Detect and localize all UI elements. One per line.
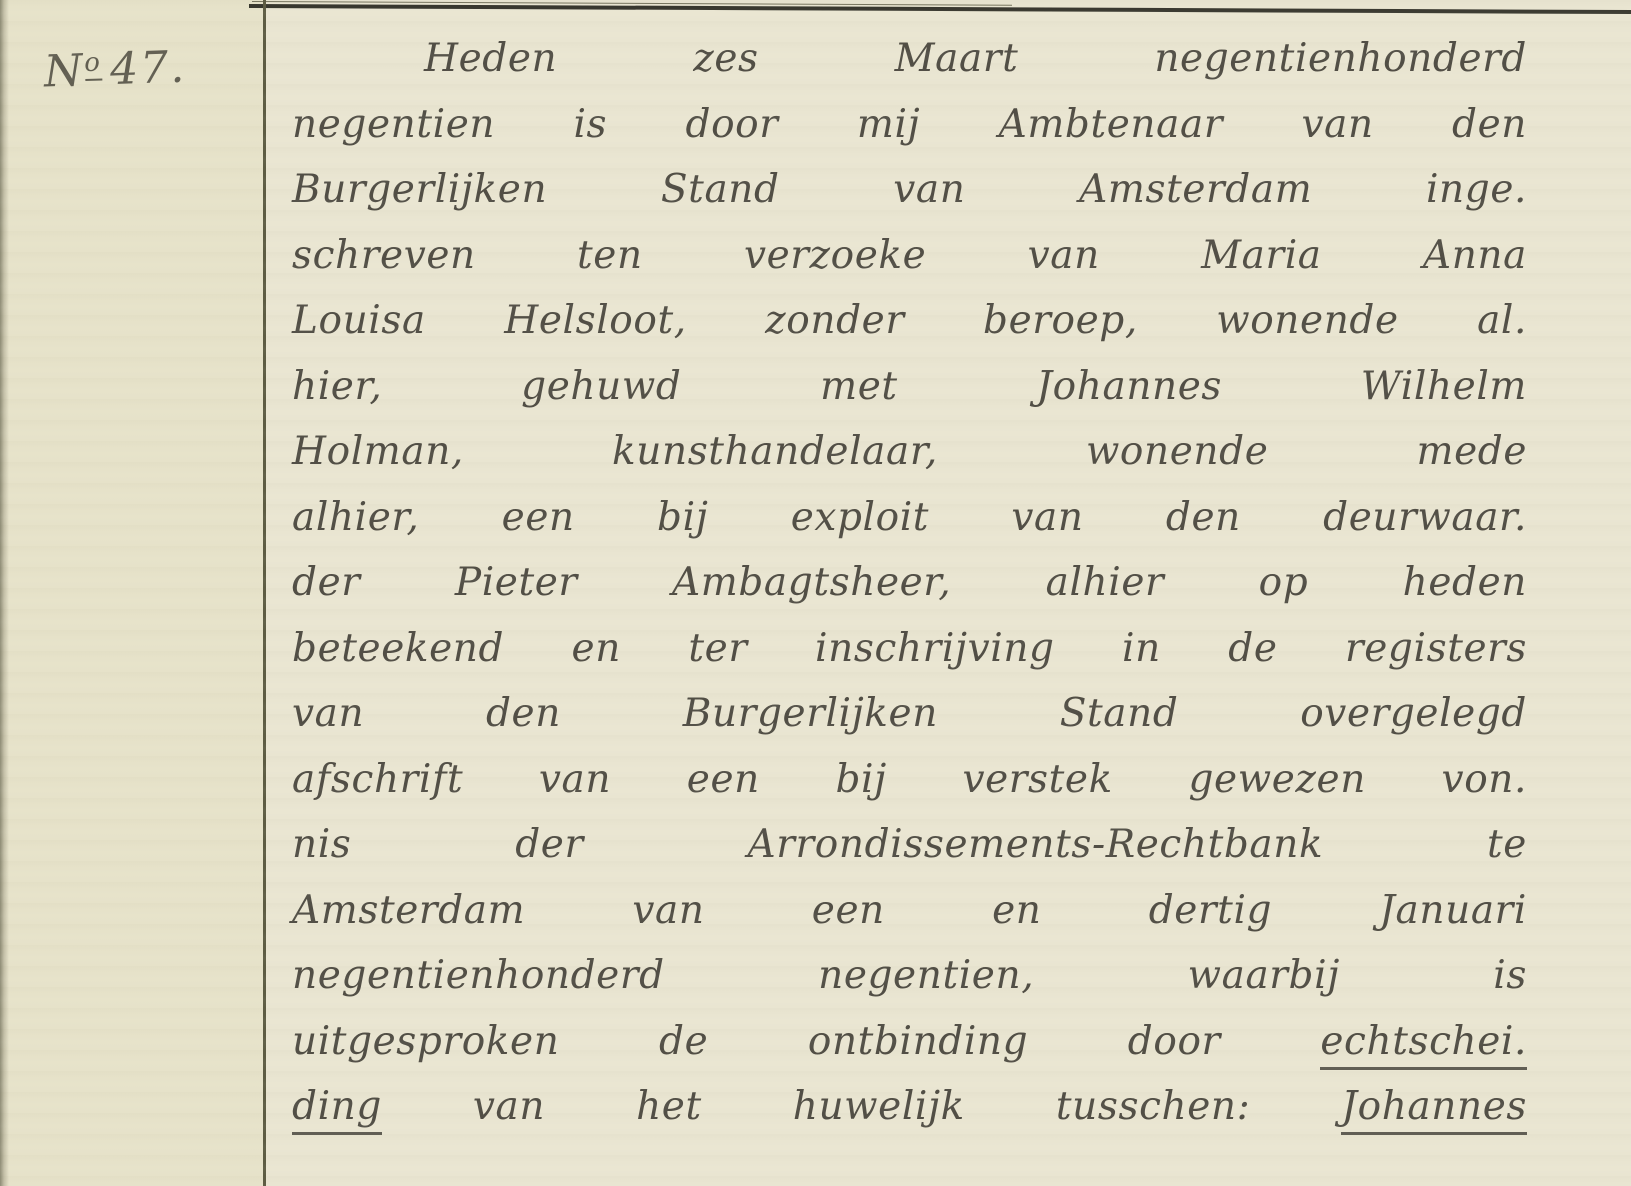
manuscript-line-2: negentien is door mij Ambtenaar van den <box>292 92 1527 158</box>
text-segment: Heden zes Maart negentienhonderd <box>424 36 1527 81</box>
manuscript-text-area: Heden zes Maart negentienhonderdnegentie… <box>292 26 1631 1140</box>
text-segment: afschrift van een bij verstek gewezen vo… <box>292 757 1527 802</box>
text-segment: Holman, kunsthandelaar, wonende mede <box>292 429 1527 474</box>
act-number-value: 47. <box>109 42 187 96</box>
scan-edge-shadow <box>0 0 9 1186</box>
registry-page: No47. Heden zes Maart negentienhonderdne… <box>0 0 1631 1186</box>
underlined-text-segment: ding <box>292 1084 382 1135</box>
text-segment: Burgerlijken Stand van Amsterdam inge. <box>292 167 1527 212</box>
manuscript-line-11: van den Burgerlijken Stand overgelegd <box>292 681 1527 747</box>
text-segment: nis der Arrondissements-Rechtbank te <box>292 822 1527 867</box>
manuscript-line-5: Louisa Helsloot, zonder beroep, wonende … <box>292 288 1527 354</box>
manuscript-line-13: nis der Arrondissements-Rechtbank te <box>292 812 1527 878</box>
manuscript-line-8: alhier, een bij exploit van den deurwaar… <box>292 485 1527 551</box>
margin-divider-rule <box>263 0 266 1186</box>
manuscript-line-6: hier, gehuwd met Johannes Wilhelm <box>292 354 1527 420</box>
text-segment: van den Burgerlijken Stand overgelegd <box>292 691 1527 736</box>
text-segment: beteekend en ter inschrijving in de regi… <box>292 626 1527 671</box>
underlined-text-segment: echtschei. <box>1320 1019 1527 1070</box>
text-segment: alhier, een bij exploit van den deurwaar… <box>292 495 1527 540</box>
act-number-n: N <box>43 45 85 97</box>
text-segment: Louisa Helsloot, zonder beroep, wonende … <box>292 298 1527 343</box>
text-segment: negentienhonderd negentien, waarbij is <box>292 953 1527 998</box>
act-number-sup-o: o <box>84 47 103 81</box>
text-segment: der Pieter Ambagtsheer, alhier op heden <box>292 560 1527 605</box>
manuscript-line-3: Burgerlijken Stand van Amsterdam inge. <box>292 157 1527 223</box>
text-segment: negentien is door mij Ambtenaar van den <box>292 102 1527 147</box>
left-margin-column <box>0 0 263 1186</box>
underlined-text-segment: Johannes <box>1341 1084 1527 1135</box>
manuscript-line-12: afschrift van een bij verstek gewezen vo… <box>292 747 1527 813</box>
text-segment: hier, gehuwd met Johannes Wilhelm <box>292 364 1527 409</box>
text-segment: schreven ten verzoeke van Maria Anna <box>292 233 1527 278</box>
manuscript-line-15: negentienhonderd negentien, waarbij is <box>292 943 1527 1009</box>
manuscript-line-1: Heden zes Maart negentienhonderd <box>292 26 1527 92</box>
manuscript-line-17: ding van het huwelijk tusschen: Johannes <box>292 1074 1527 1140</box>
top-rule <box>249 4 1631 14</box>
act-number: No47. <box>43 42 187 98</box>
text-segment: van het huwelijk tusschen: <box>473 1084 1250 1129</box>
text-segment: uitgesproken de ontbinding door <box>292 1019 1221 1064</box>
manuscript-line-10: beteekend en ter inschrijving in de regi… <box>292 616 1527 682</box>
text-segment: Amsterdam van een en dertig Januari <box>292 888 1527 933</box>
manuscript-line-9: der Pieter Ambagtsheer, alhier op heden <box>292 550 1527 616</box>
manuscript-line-4: schreven ten verzoeke van Maria Anna <box>292 223 1527 289</box>
manuscript-line-14: Amsterdam van een en dertig Januari <box>292 878 1527 944</box>
manuscript-line-7: Holman, kunsthandelaar, wonende mede <box>292 419 1527 485</box>
manuscript-line-16: uitgesproken de ontbinding door echtsche… <box>292 1009 1527 1075</box>
